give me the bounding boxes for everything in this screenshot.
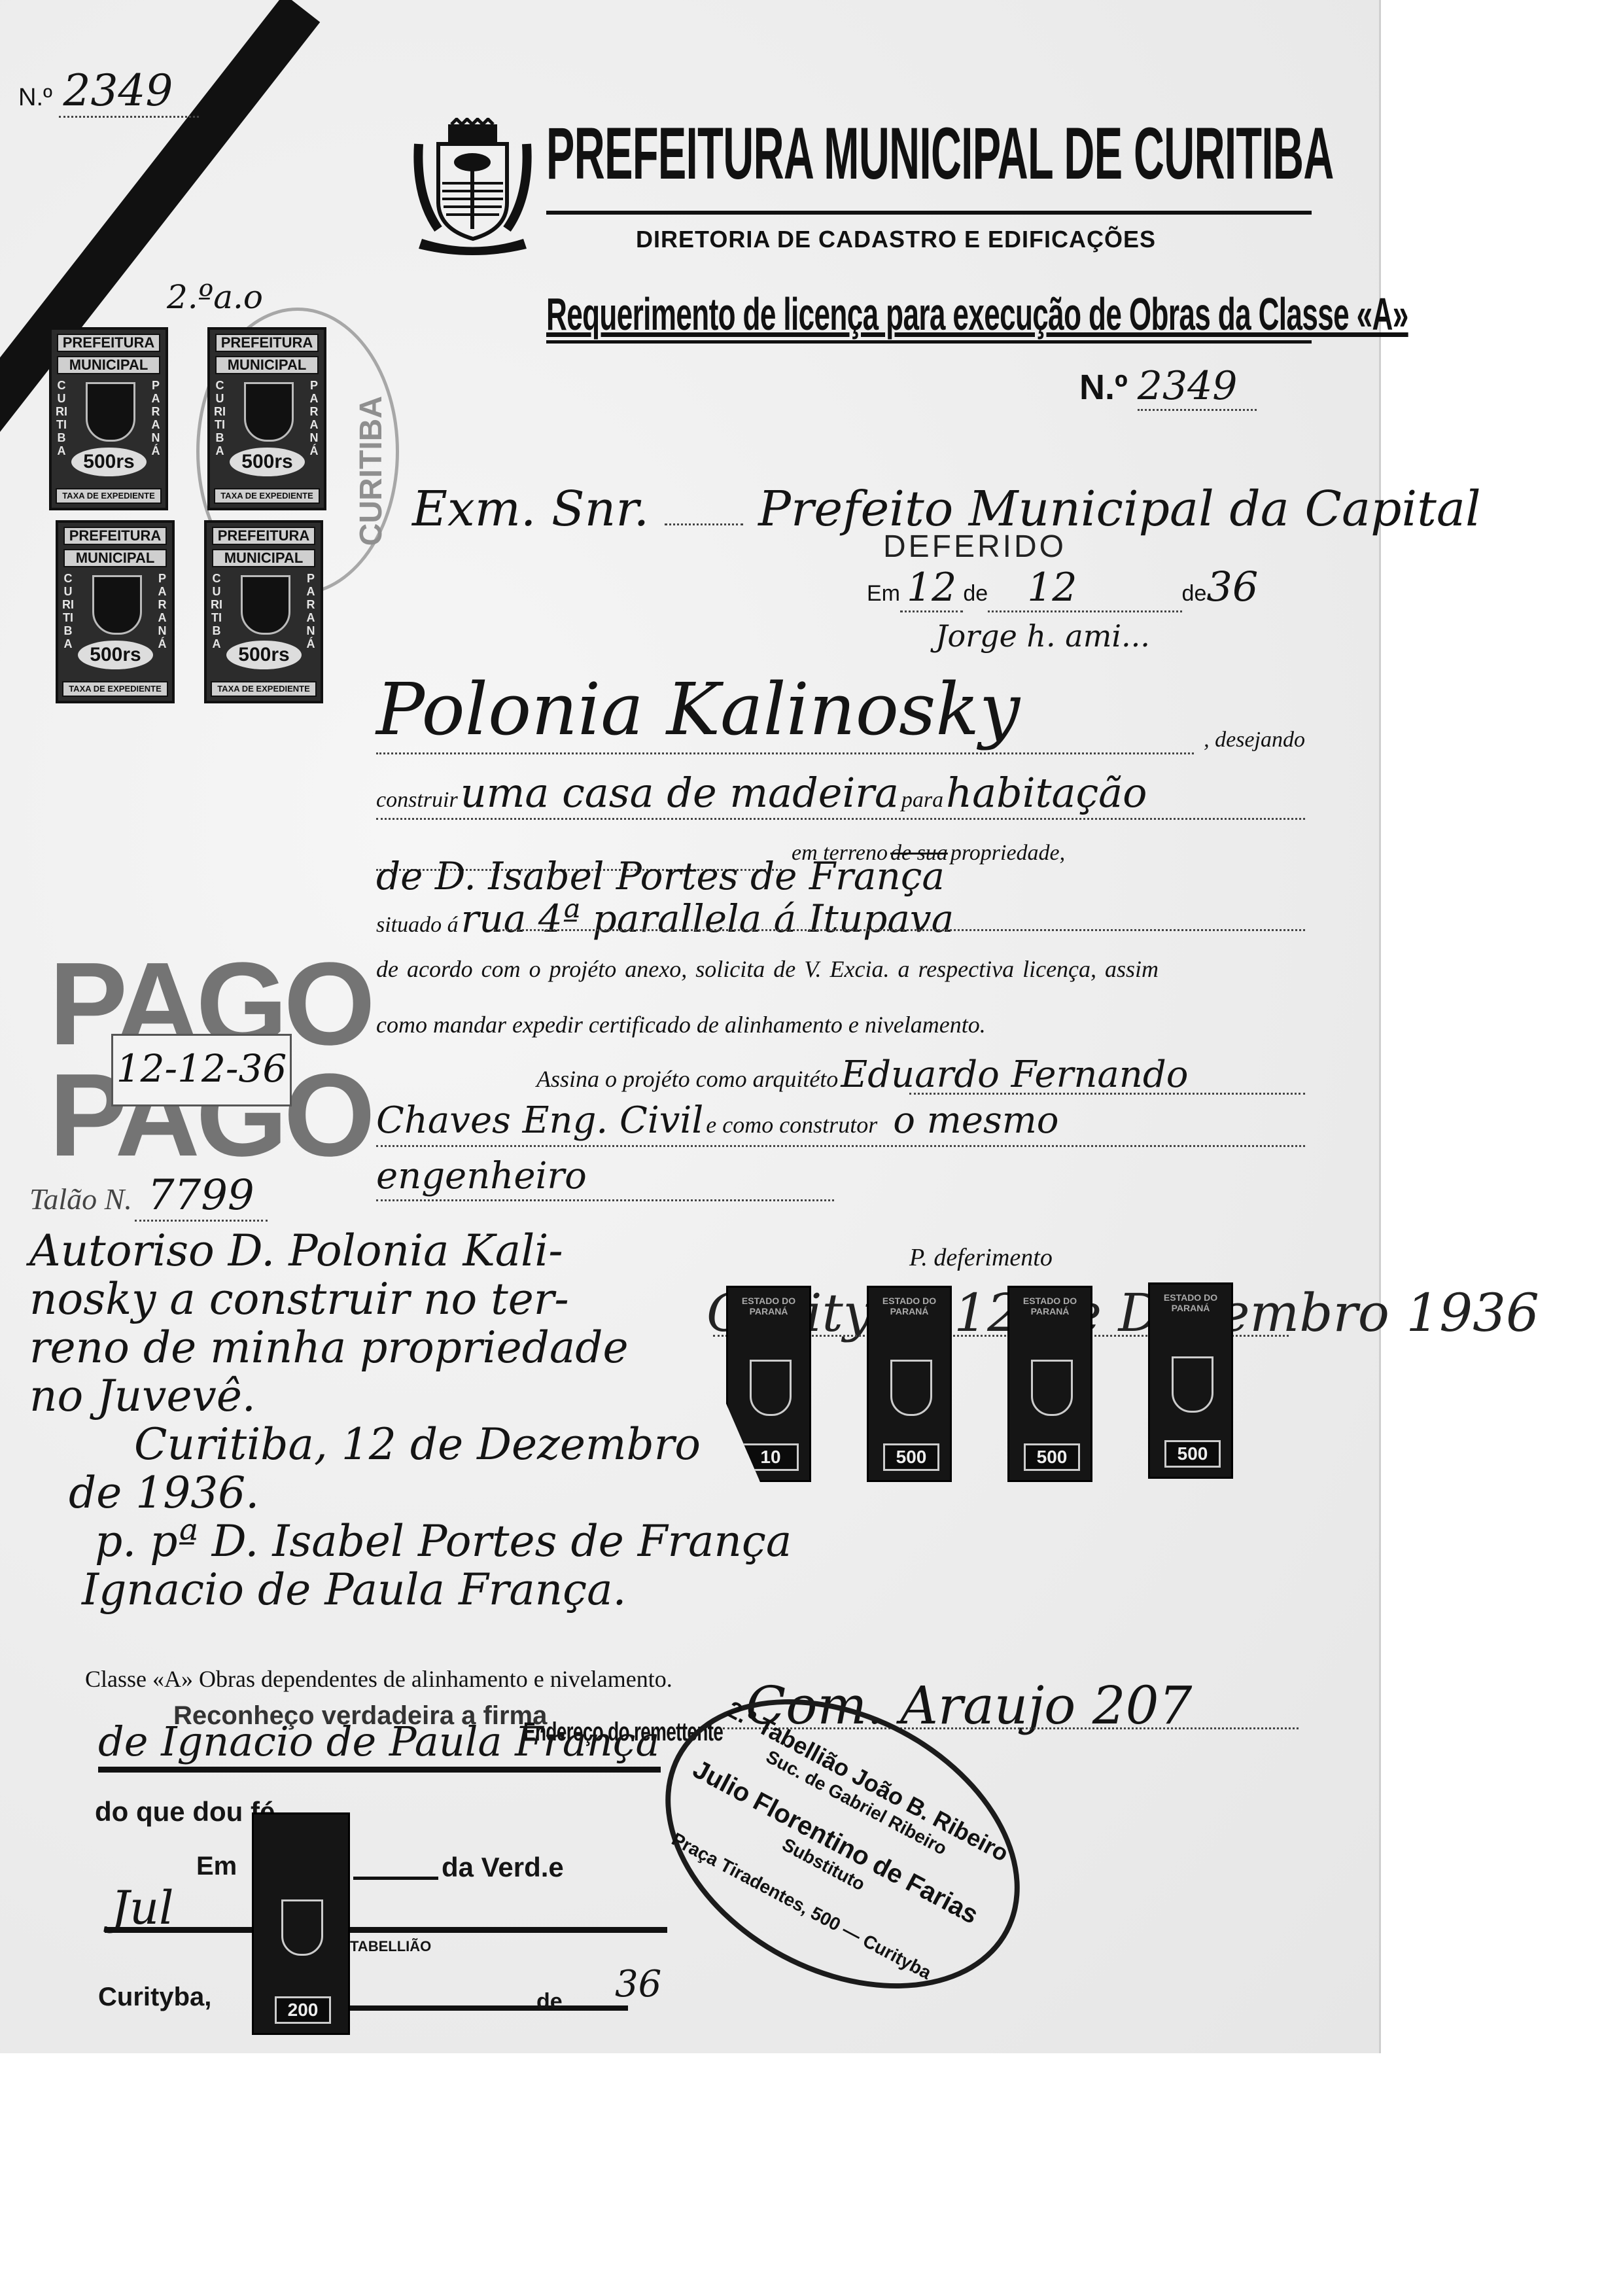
stamp-header: ESTADO DO PARANÁ [1012,1296,1088,1316]
approval-de-label: de [963,581,988,606]
construtor-line-2: engenheiro [376,1155,834,1197]
situado-value: rua 4ª parallela á Itupava [461,896,954,941]
notary-year: 36 [615,1963,661,2005]
shield-icon [241,575,290,635]
approval-date: Em12de12de36 [867,563,1258,610]
header-title: PREFEITURA MUNICIPAL DE CURITIBA [546,111,1334,196]
notary-rule [105,1927,667,1933]
approval-year: 36 [1206,563,1258,610]
arquiteto-value-cont: Chaves Eng. Civil [376,1099,703,1142]
authorization-line: de 1936. [29,1469,792,1517]
shield-icon [750,1360,792,1416]
deferido-stamp: DEFERIDO [883,529,1066,565]
header-subtitle: DIRETORIA DE CADASTRO E EDIFICAÇÕES [636,226,1156,253]
state-revenue-stamp: ESTADO DO PARANÁ 500 [1148,1282,1233,1479]
stamp-right-text: PARANÁ [150,379,162,457]
stamp-bottom-text: TAXA DE EXPEDIENTE [214,488,320,504]
approval-em-label: Em [867,581,900,606]
salutation-addressee: Prefeito Municipal da Capital [758,481,1480,537]
authorization-line: Autoriso D. Polonia Kali- [29,1227,792,1275]
propriedade-label: propriedade, [951,841,1065,865]
salutation-prefix: Exm. Snr. [412,481,649,537]
stamp-left-text: CURITIBA [211,572,222,650]
stamp-header: ESTADO DO PARANÁ [871,1296,947,1316]
stamp-left-text: CURITIBA [62,572,74,650]
shield-icon [890,1360,932,1416]
construir-line: construir uma casa de madeira para habit… [376,769,1305,817]
authorization-line: nosky a construir no ter- [29,1275,792,1324]
stamp-header: ESTADO DO PARANÁ [731,1296,807,1316]
deferimento-label: P. deferimento [909,1243,1053,1272]
stamp-bottom-text: TAXA DE EXPEDIENTE [62,681,168,697]
stamp-value: 500 [883,1443,939,1471]
stamp-right-text: PARANÁ [156,572,168,650]
notary-curityba: Curityba, [98,1983,211,2012]
stamp-mid-text: MUNICIPAL [212,549,315,567]
para-label: para [901,788,943,812]
authorization-line: p. pª D. Isabel Portes de França [29,1517,792,1566]
authorization-line: no Juvevê. [29,1372,792,1421]
notary-dou-fe: do que dou fé [95,1796,275,1828]
form-title: Requerimento de licença para execução de… [546,288,1408,340]
stamp-mid-text: MUNICIPAL [63,549,167,567]
notary-signature: de Ignacio de Paula França [98,1718,659,1765]
para-value: habitação [946,769,1147,817]
header-rule [546,211,1312,215]
stamp-value: 500rs [226,641,302,669]
stamp-header: ESTADO DO PARANÁ [1153,1292,1229,1313]
notary-da-verdade: da Verd.e [442,1852,564,1883]
construtor-line: Chaves Eng. Civil e como construtor o me… [376,1099,1305,1142]
construtor-value: o mesmo [880,1099,1058,1142]
stamp-value: 500rs [71,448,147,476]
notary-rule [353,1877,438,1880]
form-number-label: N.º [1079,368,1128,407]
stamp-mid-text: MUNICIPAL [215,356,319,374]
corner-handwritten-note: 2.ºa.o [167,278,263,316]
desejando-label: , desejando [1204,728,1305,752]
approval-signature: Jorge h. ami... [935,618,1150,654]
classe-note: Classe «A» Obras dependentes de alinhame… [85,1665,672,1693]
corner-number: N.º 2349 [18,65,199,116]
pago-date: 12-12-36 [111,1034,292,1106]
shield-icon [1172,1356,1213,1413]
owner-value: de D. Isabel Portes de França [376,854,945,898]
shield-icon [281,1899,323,1956]
stamp-top-text: PREFEITURA [212,527,315,545]
talao-value: 7799 [135,1171,268,1222]
tax-stamp: PREFEITURA MUNICIPAL CURITIBA PARANÁ 500… [204,520,323,703]
applicant-line: Polonia Kalinosky , desejando [376,667,1305,751]
talao-line: Talão N. 7799 [29,1171,268,1220]
tax-stamp: PREFEITURA MUNICIPAL CURITIBA PARANÁ 500… [56,520,175,703]
tax-stamp: PREFEITURA MUNICIPAL CURITIBA PARANÁ 500… [49,327,168,510]
stamp-value: 500rs [230,448,305,476]
situado-line: situado á rua 4ª parallela á Itupava [376,896,1305,941]
approval-de-label: de [1182,581,1207,606]
situado-label: situado á [376,913,459,937]
construir-label: construir [376,788,458,812]
notary-tabeliao-label: TABELLIÃO [350,1938,431,1955]
construir-value: uma casa de madeira [461,769,899,817]
stamp-bottom-text: TAXA DE EXPEDIENTE [56,488,162,504]
notary-em-label: Em [196,1852,237,1881]
talao-label: Talão N. [29,1182,132,1216]
stamp-right-text: PARANÁ [305,572,317,650]
approval-day: 12 [900,565,963,612]
seal-text: CURITIBA [353,396,389,546]
stamp-right-text: PARANÁ [308,379,320,457]
shield-icon [1031,1360,1073,1416]
tax-stamp: PREFEITURA MUNICIPAL CURITIBA PARANÁ 500… [207,327,326,510]
shield-icon [86,382,135,442]
arquiteto-label: Assina o projéto como arquitéto [536,1066,838,1092]
stamp-value: 500 [1164,1440,1221,1468]
form-number-value: 2349 [1138,363,1257,411]
stamp-top-text: PREFEITURA [215,334,319,352]
notary-revenue-stamp: 200 [252,1812,350,2035]
approval-month: 12 [988,565,1181,612]
stamp-value: 200 [275,1996,331,2024]
applicant-name: Polonia Kalinosky [376,667,1020,751]
state-revenue-stamp: ESTADO DO PARANÁ 500 [867,1286,952,1482]
shield-icon [244,382,294,442]
stamp-bottom-text: TAXA DE EXPEDIENTE [211,681,317,697]
authorization-line: reno de minha propriedade [29,1324,792,1372]
stamp-left-text: CURITIBA [214,379,226,457]
body-line-2: como mandar expedir certificado de alinh… [376,1011,986,1038]
coat-of-arms-icon [412,118,533,255]
stamp-top-text: PREFEITURA [57,334,160,352]
form-title-rule [546,340,1312,344]
notary-rule [98,1767,661,1773]
corner-number-label: N.º [18,84,52,111]
body-line-1: de acordo com o projéto anexo, solicita … [376,955,1159,983]
authorization-line: Ignacio de Paula França. [29,1566,792,1614]
authorization-note: Autoriso D. Polonia Kali- nosky a constr… [29,1227,792,1614]
notary-de-label: de [536,1989,563,2015]
stamp-mid-text: MUNICIPAL [57,356,160,374]
arquiteto-line: Assina o projéto como arquitéto Eduardo … [536,1053,1305,1096]
form-number: N.º 2349 [1079,363,1257,409]
stamp-top-text: PREFEITURA [63,527,167,545]
shield-icon [92,575,142,635]
construtor-label: e como construtor [706,1112,877,1138]
arquiteto-value: Eduardo Fernando [841,1053,1188,1096]
authorization-line: Curitiba, 12 de Dezembro [29,1421,792,1469]
state-revenue-stamp: ESTADO DO PARANÁ 500 [1007,1286,1092,1482]
stamp-left-text: CURITIBA [56,379,67,457]
stamp-value: 500 [1024,1443,1080,1471]
corner-number-value: 2349 [59,65,199,118]
stamp-value: 500rs [78,641,153,669]
construtor-value-cont: engenheiro [376,1155,587,1197]
scanned-document-page: N.º 2349 2.ºa.o PREFEITURA MUNICIPAL DE … [0,0,1381,2053]
